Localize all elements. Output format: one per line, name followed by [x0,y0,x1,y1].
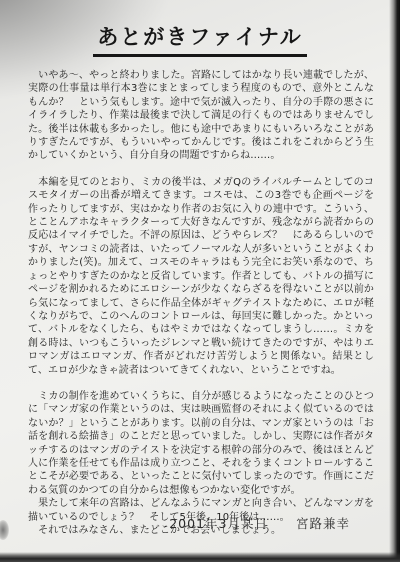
scan-edge-bottom [0,552,400,562]
body-text: いやあ～、やっと終わりました。宮路にしてはかなり長い連載でしたが、実際の仕事量は… [0,57,400,537]
footer-line: 2001年3月某日 宮路兼幸 [169,514,350,532]
author-name: 宮路兼幸 [296,514,350,532]
title-row: あとがきファイナル [0,0,400,57]
afterword-page: あとがきファイナル いやあ～、やっと終わりました。宮路にしてはかなり長い連載でし… [0,0,400,562]
scan-edge-right [389,0,400,562]
page-title: あとがきファイナル [93,21,307,57]
paragraph-2: 本編を見てのとおり、ミカの後半は、メガQのライバルチームとしてのコスモタイガーの… [28,176,374,377]
paragraph-3: ミカの制作を進めていくうちに、自分が感じるようになったことのひとつに「マンガ家の… [28,390,374,497]
publication-date: 2001年3月某日 [169,514,268,532]
paragraph-1: いやあ～、やっと終わりました。宮路にしてはかなり長い連載でしたが、実際の仕事量は… [28,69,374,163]
